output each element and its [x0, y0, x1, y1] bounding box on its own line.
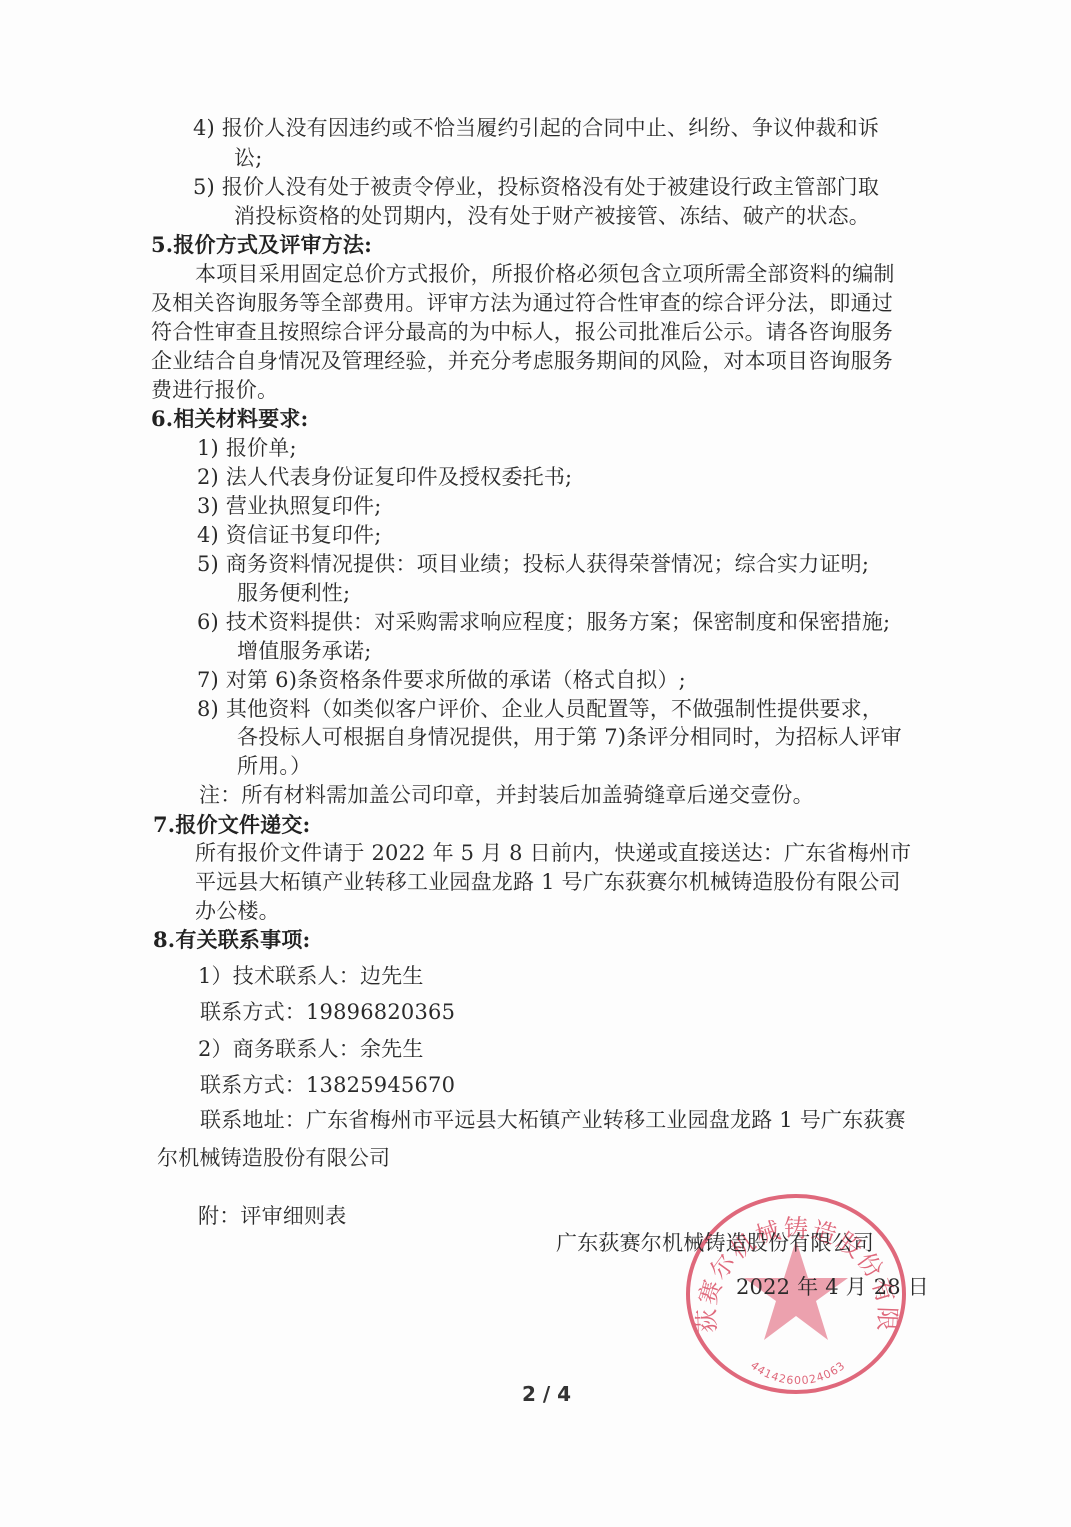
section-5-heading: 5.报价方式及评审方法:	[151, 231, 372, 259]
material-item-7: 7) 对第 6)条资格条件要求所做的承诺（格式自拟）;	[197, 666, 686, 694]
section-7-paragraph-line: 办公楼。	[195, 897, 280, 925]
document-page: 4) 报价人没有因违约或不恰当履约引起的合同中止、纠纷、争议仲裁和诉 讼; 5)…	[0, 0, 1071, 1527]
materials-note: 注：所有材料需加盖公司印章，并封装后加盖骑缝章后递交壹份。	[199, 781, 814, 809]
material-item-8-line-1: 8) 其他资料（如类似客户评价、企业人员配置等，不做强制性提供要求，	[197, 695, 883, 723]
tech-contact-phone: 联系方式：19896820365	[200, 998, 455, 1026]
contact-address-line-2: 尔机械铸造股份有限公司	[157, 1144, 390, 1172]
section-6-heading: 6.相关材料要求:	[151, 405, 308, 433]
material-item-8-line-3: 所用。）	[237, 752, 311, 780]
section-5-paragraph-line: 费进行报价。	[151, 376, 278, 404]
section-5-paragraph-line: 企业结合自身情况及管理经验，并充分考虑服务期间的风险，对本项目咨询服务	[151, 347, 893, 375]
section-8-heading: 8.有关联系事项:	[153, 926, 310, 954]
section-7-paragraph-line: 平远县大柘镇产业转移工业园盘龙路 1 号广东荻赛尔机械铸造股份有限公司	[195, 868, 901, 896]
signature-company: 广东荻赛尔机械铸造股份有限公司	[556, 1229, 874, 1257]
material-item-2: 2) 法人代表身份证复印件及授权委托书;	[197, 463, 572, 491]
section-7-paragraph-line: 所有报价文件请于 2022 年 5 月 8 日前内，快递或直接送达：广东省梅州市	[195, 839, 911, 867]
material-item-8-line-2: 各投标人可根据自身情况提供，用于第 7)条评分相同时，为招标人评审	[237, 723, 902, 751]
page-number: 2 / 4	[522, 1382, 571, 1406]
business-contact-phone: 联系方式：13825945670	[200, 1071, 455, 1099]
section-5-paragraph-line: 本项目采用固定总价方式报价，所报价格必须包含立项所需全部资料的编制	[195, 260, 895, 288]
material-item-6-line-2: 增值服务承诺;	[237, 637, 371, 665]
material-item-5-line-1: 5) 商务资料情况提供：项目业绩；投标人获得荣誉情况；综合实力证明;	[197, 550, 869, 578]
section-5-paragraph-line: 及相关咨询服务等全部费用。评审方法为通过符合性审查的综合评分法，即通过	[151, 289, 893, 317]
tech-contact: 1）技术联系人：边先生	[198, 962, 424, 990]
material-item-4: 4) 资信证书复印件;	[197, 521, 382, 549]
material-item-5-line-2: 服务便利性;	[237, 579, 350, 607]
material-item-1: 1) 报价单;	[197, 434, 297, 462]
qualification-item-5-line-1: 5) 报价人没有处于被责令停业，投标资格没有处于被建设行政主管部门取	[193, 173, 879, 201]
svg-text:4414260024063: 4414260024063	[748, 1359, 848, 1387]
section-5-paragraph-line: 符合性审查且按照综合评分最高的为中标人，报公司批准后公示。请各咨询服务	[151, 318, 893, 346]
material-item-3: 3) 营业执照复印件;	[197, 492, 382, 520]
material-item-6-line-1: 6) 技术资料提供：对采购需求响应程度；服务方案；保密制度和保密措施;	[197, 608, 890, 636]
qualification-item-5-line-2: 消投标资格的处罚期内，没有处于财产被接管、冻结、破产的状态。	[234, 202, 870, 230]
qualification-item-4-line-2: 讼;	[234, 144, 262, 172]
seal-serial: 4414260024063	[748, 1359, 848, 1387]
qualification-item-4-line-1: 4) 报价人没有因违约或不恰当履约引起的合同中止、纠纷、争议仲裁和诉	[193, 114, 879, 142]
signature-date: 2022 年 4 月 28 日	[736, 1273, 929, 1301]
contact-address-line-1: 联系地址：广东省梅州市平远县大柘镇产业转移工业园盘龙路 1 号广东荻赛	[200, 1106, 906, 1134]
attachment-label: 附：评审细则表	[198, 1202, 346, 1230]
section-7-heading: 7.报价文件递交:	[153, 811, 310, 839]
business-contact: 2）商务联系人：余先生	[198, 1035, 424, 1063]
